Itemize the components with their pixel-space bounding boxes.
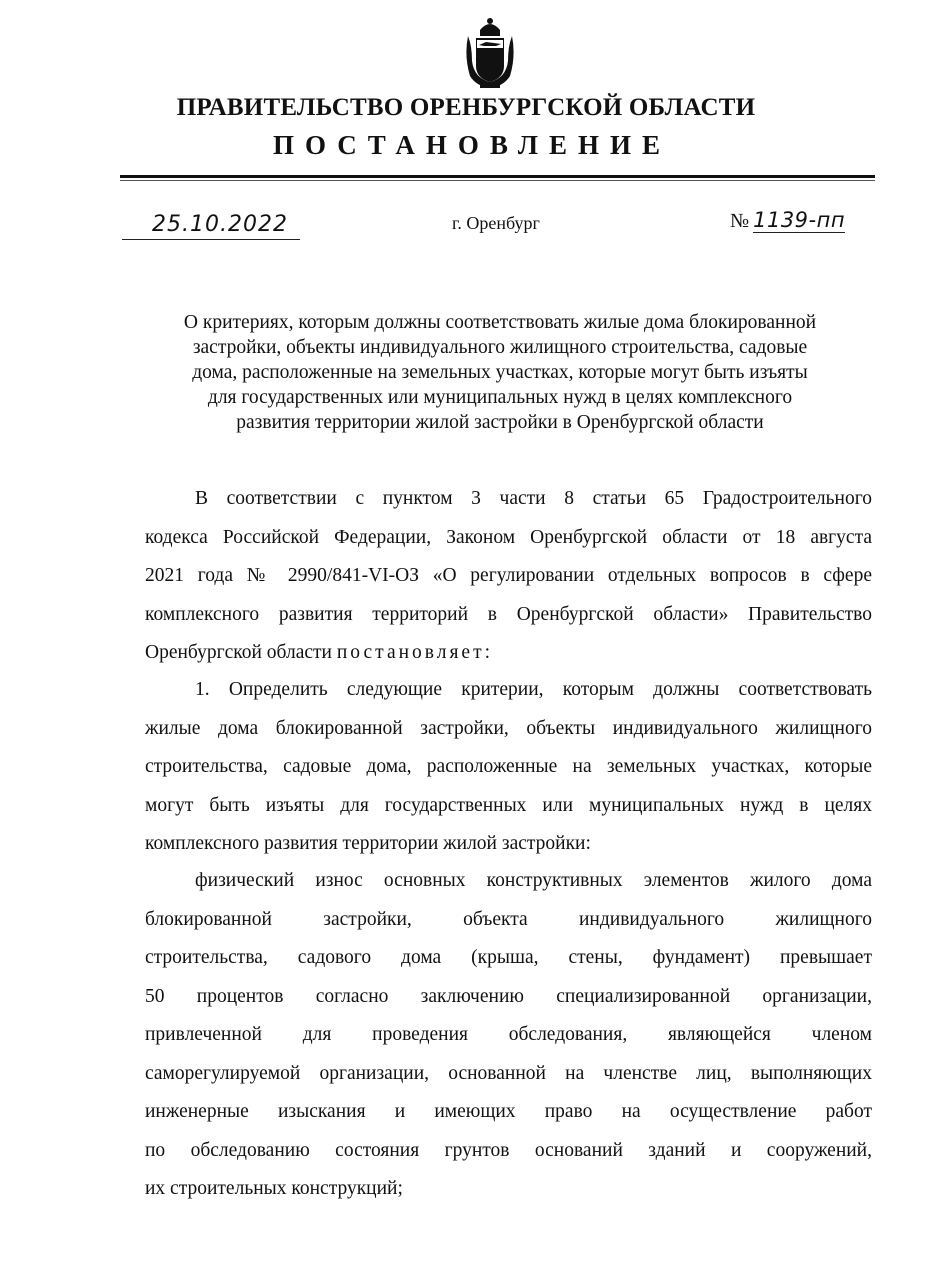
- text-line: кодекса Российской Федерации, Законом Ор…: [145, 519, 872, 558]
- subject-line: дома, расположенные на земельных участка…: [130, 360, 870, 385]
- criterion-1-paragraph: физический износ основных конструктивных…: [145, 862, 872, 1209]
- header-divider-thin: [120, 180, 875, 181]
- text-line: комплексного развития территории жилой з…: [145, 825, 872, 864]
- text-line: В соответствии с пунктом 3 части 8 стать…: [145, 480, 872, 519]
- text-line: жилые дома блокированной застройки, объе…: [145, 710, 872, 749]
- subject-line: О критериях, которым должны соответствов…: [130, 310, 870, 335]
- number-value: 1139-пп: [753, 208, 845, 233]
- number-prefix: №: [730, 210, 749, 232]
- text-line: строительства, садового дома (крыша, сте…: [145, 939, 872, 978]
- text-line: 2021 года № 2990/841-VI-ОЗ «О регулирова…: [145, 557, 872, 596]
- text-line: строительства, садовые дома, расположенн…: [145, 748, 872, 787]
- document-number: №1139-пп: [730, 208, 845, 233]
- header-divider: [120, 175, 875, 178]
- document-type-title: ПОСТАНОВЛЕНИЕ: [0, 130, 932, 161]
- preamble-paragraph: В соответствии с пунктом 3 части 8 стать…: [145, 480, 872, 673]
- organization-title: ПРАВИТЕЛЬСТВО ОРЕНБУРГСКОЙ ОБЛАСТИ: [0, 94, 932, 122]
- text-fragment: :: [485, 642, 490, 663]
- item-1-paragraph: 1. Определить следующие критерии, которы…: [145, 671, 872, 864]
- document-city: г. Оренбург: [452, 213, 540, 234]
- text-line: инженерные изыскания и имеющих право на …: [145, 1093, 872, 1132]
- document-date: 25.10.2022: [122, 212, 300, 240]
- coat-of-arms-icon: [462, 16, 518, 92]
- resolves-word: постановляет: [337, 642, 485, 663]
- text-line: по обследованию состояния грунтов основа…: [145, 1132, 872, 1171]
- text-line: 50 процентов согласно заключению специал…: [145, 978, 872, 1017]
- text-line: 1. Определить следующие критерии, которы…: [145, 671, 872, 710]
- subject-line: для государственных или муниципальных ну…: [130, 385, 870, 410]
- text-line: привлеченной для проведения обследования…: [145, 1016, 872, 1055]
- text-line: Оренбургской области постановляет:: [145, 634, 872, 673]
- text-line: могут быть изъяты для государственных ил…: [145, 787, 872, 826]
- text-line: комплексного развития территорий в Оренб…: [145, 596, 872, 635]
- text-line: их строительных конструкций;: [145, 1170, 872, 1209]
- subject-line: развития территории жилой застройки в Ор…: [130, 410, 870, 435]
- text-line: физический износ основных конструктивных…: [145, 862, 872, 901]
- text-fragment: Оренбургской области: [145, 642, 337, 663]
- document-subject: О критериях, которым должны соответствов…: [130, 310, 870, 435]
- text-line: блокированной застройки, объекта индивид…: [145, 901, 872, 940]
- text-line: саморегулируемой организации, основанной…: [145, 1055, 872, 1094]
- subject-line: застройки, объекты индивидуального жилищ…: [130, 335, 870, 360]
